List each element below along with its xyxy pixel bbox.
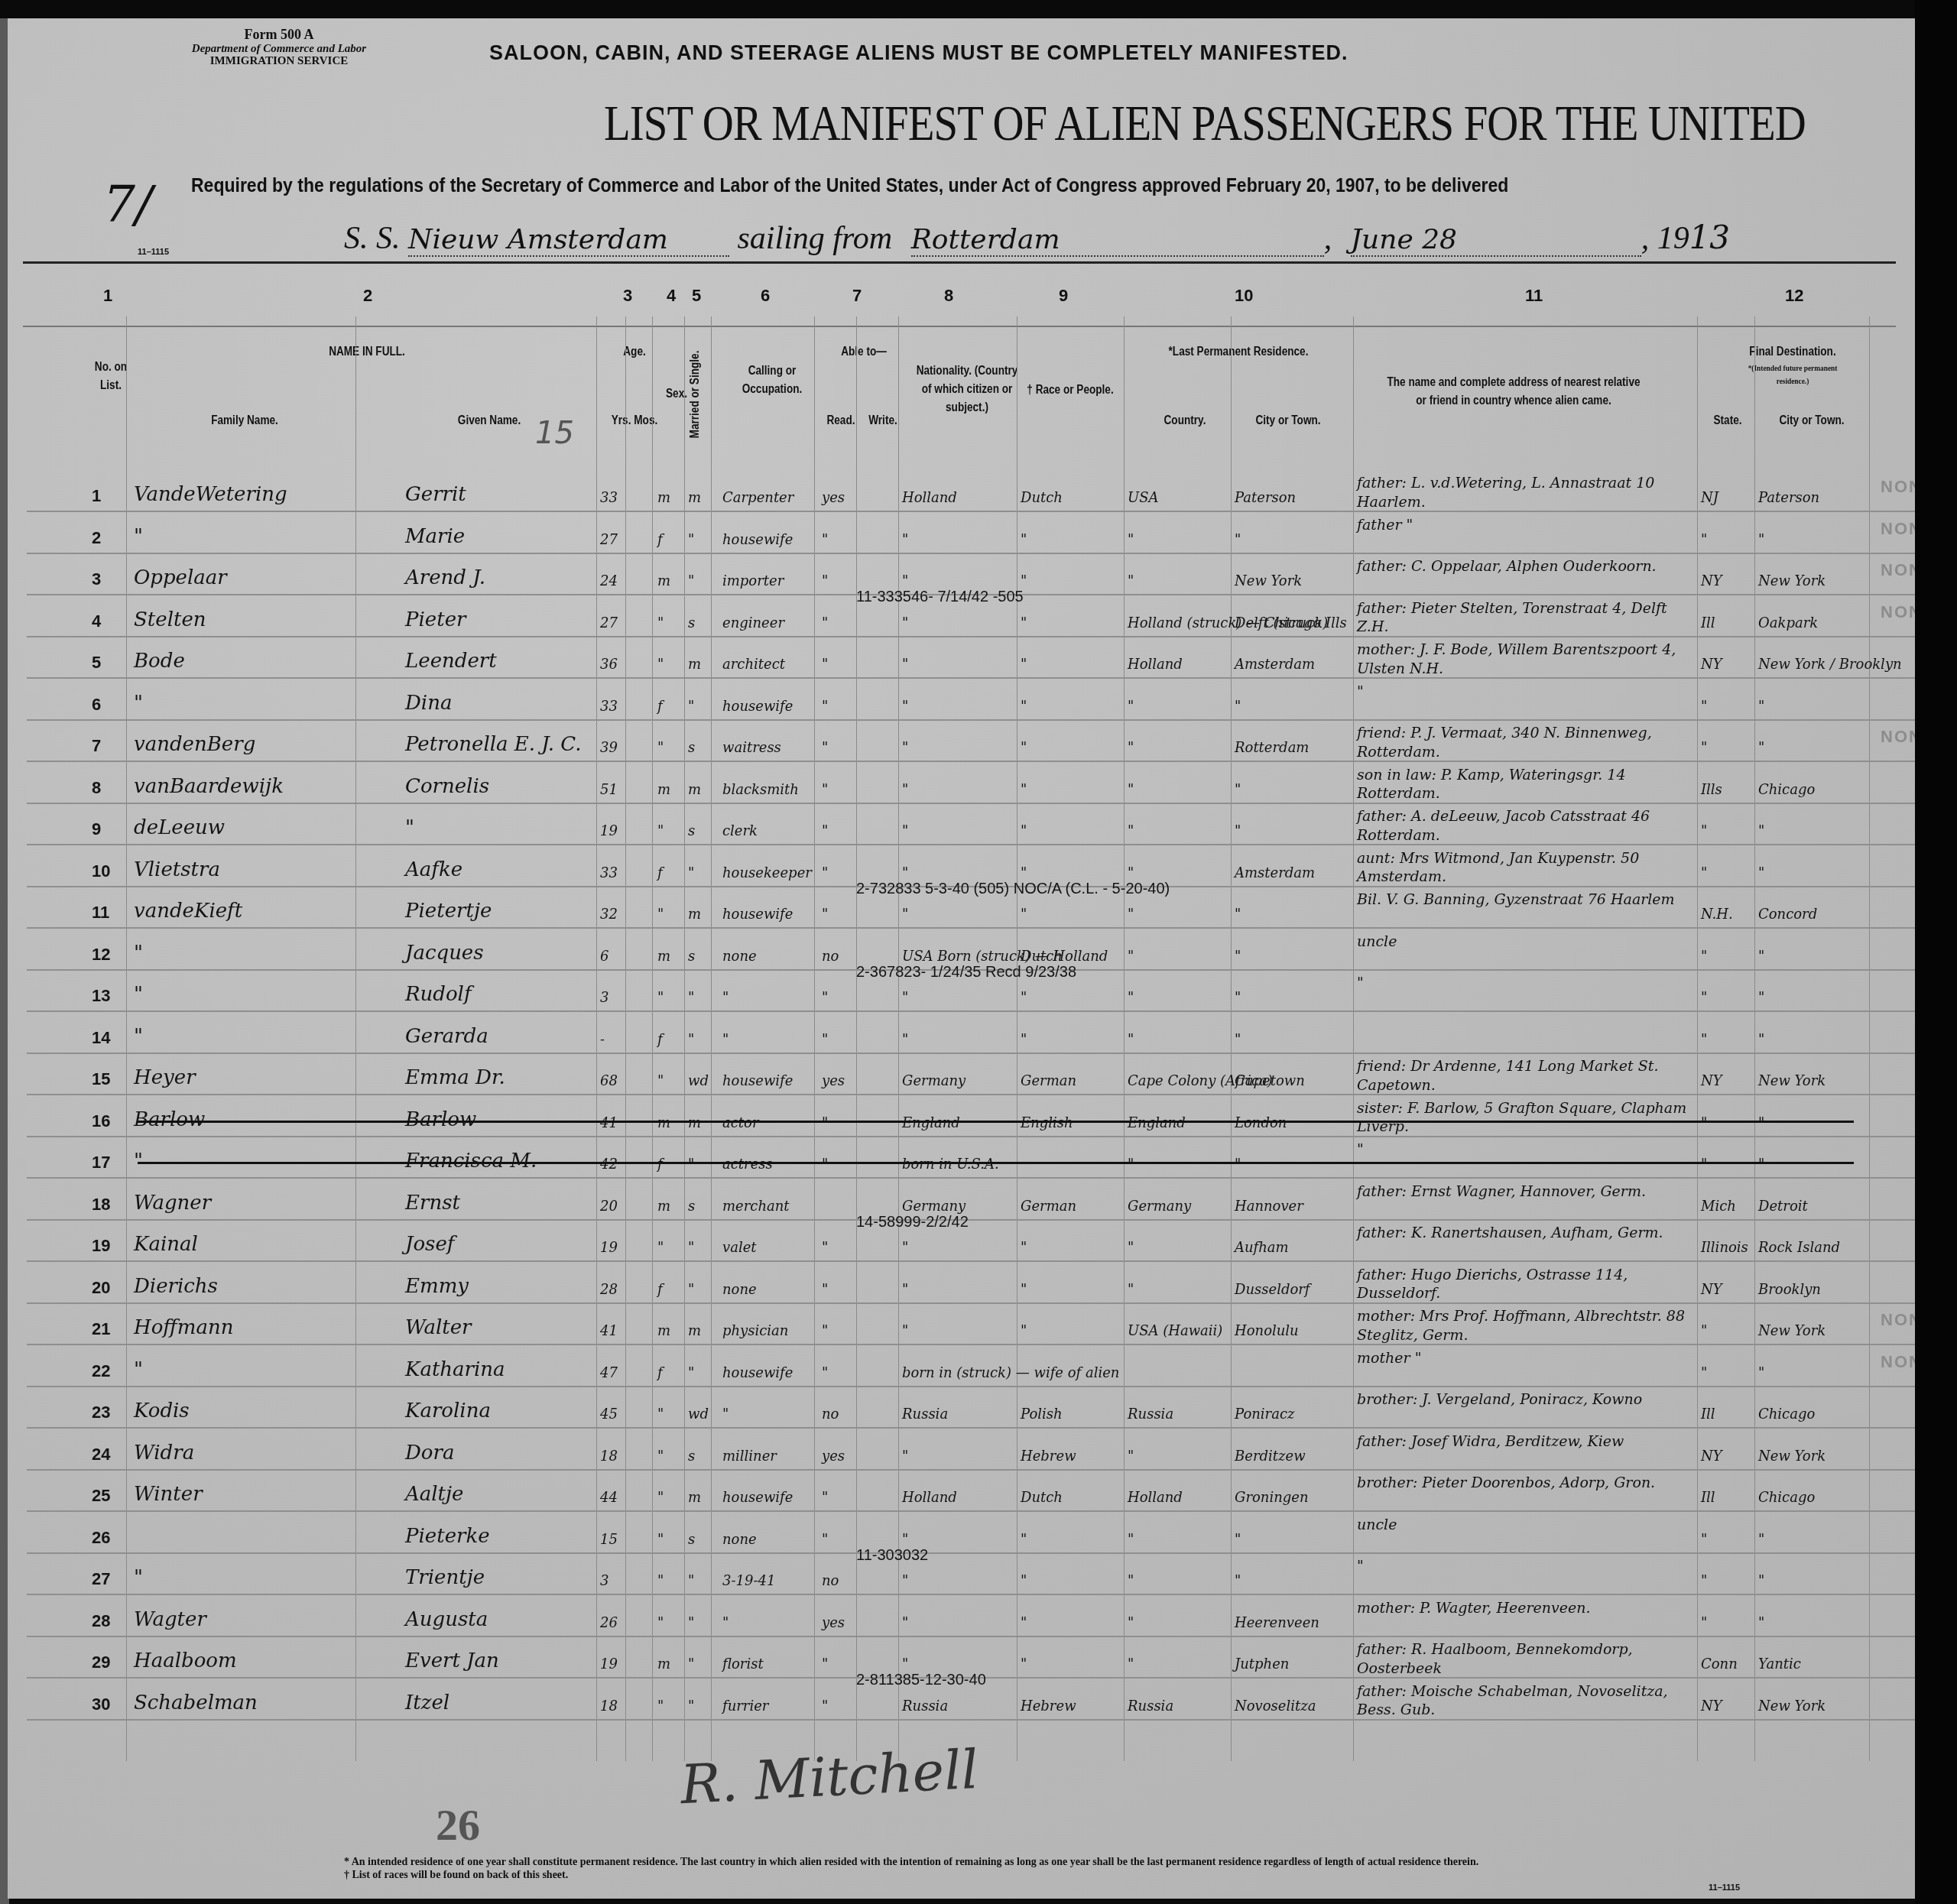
dest-city: Brooklyn	[1758, 1282, 1821, 1298]
marital-status: "	[688, 1240, 694, 1256]
family-name: Kodis	[134, 1400, 190, 1422]
nationality: "	[902, 1573, 908, 1589]
race: "	[1021, 1615, 1027, 1631]
last-country: "	[1128, 1156, 1134, 1173]
last-country: Holland	[1128, 1490, 1183, 1506]
last-city: "	[1235, 823, 1241, 839]
dest-state: "	[1701, 1032, 1707, 1048]
family-name: Barlow	[134, 1108, 205, 1131]
row-number: 30	[92, 1695, 110, 1714]
sex: "	[657, 907, 664, 923]
dest-city: "	[1758, 1365, 1764, 1381]
occupation: clerk	[722, 823, 758, 839]
race: English	[1021, 1115, 1073, 1131]
given-name: Trientje	[405, 1566, 485, 1589]
race: Polish	[1021, 1406, 1063, 1422]
sex: m	[657, 1115, 670, 1131]
last-city: "	[1235, 532, 1241, 548]
dest-state: Illinois	[1701, 1240, 1748, 1256]
last-city: Groningen	[1235, 1490, 1309, 1506]
age: -	[600, 1032, 605, 1048]
given-name: Dina	[405, 692, 452, 715]
table-row: 13"Rudolf3"""""""""""	[8, 969, 1915, 1010]
header-city: City or Town.	[1246, 412, 1331, 430]
sex: m	[657, 1199, 670, 1215]
age: 39	[600, 740, 618, 756]
family-name: Hoffmann	[134, 1316, 233, 1339]
age: 28	[600, 1282, 618, 1298]
race: "	[1021, 907, 1027, 923]
last-city: Poniracz	[1235, 1406, 1294, 1422]
table-row: 29HaalboomEvert Jan19m"florist""""Jutphe…	[8, 1636, 1915, 1677]
nearest-relative: "	[1357, 1140, 1693, 1160]
nearest-relative: father "	[1357, 516, 1693, 535]
given-name: Augusta	[405, 1608, 488, 1631]
table-row: 18WagnerErnst20msmerchantGermanyGermanGe…	[8, 1178, 1915, 1219]
table-row: 10VlietstraAafke33f"housekeeper""""Amste…	[8, 845, 1915, 886]
year-suffix: 13	[1689, 219, 1730, 256]
requirement-text: Required by the regulations of the Secre…	[191, 175, 1508, 197]
sub-id: 11–1115	[138, 248, 169, 257]
given-name: Evert Jan	[405, 1649, 499, 1672]
header-write: Write.	[864, 412, 903, 430]
age: 45	[600, 1406, 618, 1422]
sailing-from-label: sailing from	[738, 221, 893, 256]
given-name: Pieterke	[405, 1525, 490, 1548]
dest-city: "	[1758, 1573, 1764, 1589]
table-row: 12"Jacques6msnonenoUSA Born (struck) — H…	[8, 928, 1915, 969]
col-num: 8	[944, 286, 953, 306]
nationality: USA Born (struck) — Holland	[902, 949, 1108, 965]
dest-state: Ill	[1701, 1490, 1715, 1506]
nearest-relative: father: Moische Schabelman, Novoselitza,…	[1357, 1682, 1693, 1720]
race: "	[1021, 615, 1027, 631]
given-name: Petronella E. J. C.	[405, 733, 581, 756]
family-name: "	[134, 1566, 143, 1589]
family-name: "	[134, 525, 143, 548]
row-number: 9	[92, 819, 101, 839]
marital-status: s	[688, 615, 695, 631]
last-city: Amsterdam	[1235, 865, 1315, 881]
read: "	[822, 1323, 828, 1339]
family-name: "	[134, 692, 143, 715]
nearest-relative: friend: P. J. Vermaat, 340 N. Binnenweg,…	[1357, 724, 1693, 761]
age: 51	[600, 782, 618, 798]
nationality: born in (struck) — wife of alien	[902, 1365, 1119, 1381]
nationality: Germany	[902, 1199, 966, 1215]
table-row: 28WagterAugusta26"""yes"""Heerenveen""mo…	[8, 1594, 1915, 1636]
occupation: blacksmith	[722, 782, 799, 798]
nationality: "	[902, 782, 908, 798]
given-name: Jacques	[405, 942, 484, 965]
race: German	[1021, 1199, 1076, 1215]
dest-state: "	[1701, 865, 1707, 881]
table-row: 15HeyerEmma Dr.68"wdhousewifeyesGermanyG…	[8, 1053, 1915, 1094]
header-name-in-full: NAME IN FULL.	[276, 343, 458, 362]
table-row: 7vandenBergPetronella E. J. C.39"swaitre…	[8, 719, 1915, 761]
dest-city: Rock Island	[1758, 1240, 1840, 1256]
race: "	[1021, 699, 1027, 715]
sex: "	[657, 823, 664, 839]
dest-city: Paterson	[1758, 490, 1819, 506]
marital-status: s	[688, 1199, 695, 1215]
marital-status: "	[688, 699, 694, 715]
col-num: 10	[1235, 286, 1253, 306]
occupation: housewife	[722, 1490, 793, 1506]
age: 33	[600, 865, 618, 881]
port-of-departure: Rotterdam	[911, 224, 1324, 257]
marital-status: m	[688, 782, 701, 798]
marital-status: wd	[688, 1406, 709, 1422]
row-number: 27	[92, 1569, 110, 1589]
dest-state: "	[1701, 532, 1707, 548]
header-read: Read.	[822, 412, 861, 430]
marital-status: "	[688, 1615, 694, 1631]
last-city: Amsterdam	[1235, 657, 1315, 673]
family-name: vandeKieft	[134, 900, 242, 923]
read: "	[822, 699, 828, 715]
nearest-relative: father: K. Ranertshausen, Aufham, Germ.	[1357, 1224, 1693, 1243]
banner: SALOON, CABIN, AND STEERAGE ALIENS MUST …	[489, 41, 1348, 65]
given-name: Josef	[405, 1233, 454, 1256]
page-mark: 7/	[103, 175, 152, 234]
dest-city: New York	[1758, 1073, 1826, 1089]
header-country: Country.	[1153, 412, 1218, 430]
marital-status: s	[688, 1448, 695, 1464]
row-number: 24	[92, 1445, 110, 1464]
nearest-relative: father: A. deLeeuw, Jacob Catsstraat 46 …	[1357, 807, 1693, 845]
last-country: "	[1128, 990, 1134, 1006]
nearest-relative: brother: J. Vergeland, Poniracz, Kowno	[1357, 1390, 1693, 1409]
given-name: Katharina	[405, 1358, 505, 1381]
family-name: Winter	[134, 1483, 203, 1506]
family-name: Wagter	[134, 1608, 206, 1631]
marital-status: s	[688, 823, 695, 839]
age: 19	[600, 823, 618, 839]
age: 20	[600, 1199, 618, 1215]
col-num: 12	[1785, 286, 1803, 306]
sex: "	[657, 990, 664, 1006]
given-name: Walter	[405, 1316, 472, 1339]
dest-city: New York	[1758, 573, 1826, 589]
nationality: Russia	[902, 1406, 948, 1422]
read: yes	[822, 1448, 845, 1464]
dest-state: NJ	[1701, 490, 1718, 506]
last-country: "	[1128, 1032, 1134, 1048]
given-name: Itzel	[405, 1692, 449, 1714]
read: no	[822, 1573, 839, 1589]
nationality: Holland	[902, 490, 957, 506]
sex: m	[657, 1323, 670, 1339]
read: "	[822, 823, 828, 839]
dest-state: "	[1701, 1532, 1707, 1548]
nationality: born in U.S.A.	[902, 1156, 999, 1173]
dest-city: New York	[1758, 1323, 1826, 1339]
race: Dutch	[1021, 490, 1063, 506]
col-num: 3	[623, 286, 632, 306]
nearest-relative: uncle	[1357, 933, 1693, 952]
given-name: Francisca M.	[405, 1150, 537, 1173]
race: "	[1021, 1573, 1027, 1589]
last-country: "	[1128, 907, 1134, 923]
marital-status: "	[688, 532, 694, 548]
last-country: Holland	[1128, 657, 1183, 673]
col-num: 2	[363, 286, 372, 306]
last-country: "	[1128, 532, 1134, 548]
sex: m	[657, 782, 670, 798]
header-sex: Sex.	[664, 385, 690, 404]
nationality: "	[902, 1032, 908, 1048]
last-country: "	[1128, 699, 1134, 715]
read: "	[822, 1240, 828, 1256]
table-row: 25WinterAaltje44"mhousewife"HollandDutch…	[8, 1469, 1915, 1510]
table-row: 8vanBaardewijkCornelis51mmblacksmith""""…	[8, 761, 1915, 803]
family-name: VandeWetering	[134, 483, 287, 506]
sex: m	[657, 1656, 670, 1672]
sheet-number-stamp: 26	[436, 1799, 480, 1850]
dest-state: "	[1701, 1365, 1707, 1381]
table-row: 16BarlowBarlow41mmactor"EnglandEnglishEn…	[8, 1095, 1915, 1136]
family-name: "	[134, 942, 143, 965]
film-edge-right	[1915, 0, 1957, 1904]
row-number: 23	[92, 1403, 110, 1422]
nearest-relative: mother: P. Wagter, Heerenveen.	[1357, 1599, 1693, 1618]
nationality: Russia	[902, 1698, 948, 1714]
sex: "	[657, 615, 664, 631]
occupation: engineer	[722, 615, 784, 631]
last-country: "	[1128, 1240, 1134, 1256]
divider	[23, 326, 1896, 327]
dest-state: NY	[1701, 1282, 1722, 1298]
dest-state: Conn	[1701, 1656, 1738, 1672]
occupation: florist	[722, 1656, 764, 1672]
dest-state: "	[1701, 740, 1707, 756]
age: 18	[600, 1698, 618, 1714]
col-num: 5	[692, 286, 701, 306]
nationality: "	[902, 865, 908, 881]
nationality: "	[902, 699, 908, 715]
marital-status: m	[688, 1490, 701, 1506]
ship-prefix: S. S.	[344, 221, 401, 256]
nationality: "	[902, 1615, 908, 1631]
occupation: waitress	[722, 740, 781, 756]
sex: m	[657, 490, 670, 506]
age: 6	[600, 949, 609, 965]
nationality: "	[902, 1448, 908, 1464]
dest-city: Yantic	[1758, 1656, 1801, 1672]
table-row: 2"Marie27f"housewife"""""""father "NON I…	[8, 511, 1915, 553]
table-row: 21HoffmannWalter41mmphysician"""USA (Haw…	[8, 1302, 1915, 1344]
table-row: 17"Francisca M.42f"actress"born in U.S.A…	[8, 1136, 1915, 1177]
age: 41	[600, 1115, 618, 1131]
age: 33	[600, 699, 618, 715]
age: 3	[600, 1573, 609, 1589]
nationality: "	[902, 907, 908, 923]
dest-city: "	[1758, 1532, 1764, 1548]
nationality: "	[902, 615, 908, 631]
dest-city: "	[1758, 1115, 1764, 1131]
sex: m	[657, 573, 670, 589]
race: "	[1021, 657, 1027, 673]
last-country: "	[1128, 740, 1134, 756]
age: 24	[600, 573, 618, 589]
family-name: Bode	[134, 650, 185, 673]
dest-city: "	[1758, 949, 1764, 965]
family-name: "	[134, 1025, 143, 1048]
table-row: 9deLeeuw"19"sclerk"""""""father: A. deLe…	[8, 803, 1915, 844]
header-family-name: Family Name.	[187, 412, 303, 430]
age: 3	[600, 990, 609, 1006]
header-dest-city: City or Town.	[1767, 412, 1858, 430]
dest-city: Detroit	[1758, 1199, 1808, 1215]
age: 68	[600, 1073, 618, 1089]
occupation: importer	[722, 573, 784, 589]
ship-name: Nieuw Amsterdam	[408, 224, 729, 257]
header-calling: Calling or Occupation.	[740, 362, 805, 399]
header-last-residence: *Last Permanent Residence.	[1154, 343, 1323, 362]
nationality: "	[902, 573, 908, 589]
row-number: 5	[92, 653, 101, 673]
occupation: none	[722, 1282, 757, 1298]
occupation: physician	[722, 1323, 788, 1339]
sex: "	[657, 1490, 664, 1506]
nationality: "	[902, 823, 908, 839]
last-city: "	[1235, 1032, 1241, 1048]
dest-city: "	[1758, 1032, 1764, 1048]
last-city: Novoselitza	[1235, 1698, 1316, 1714]
race: "	[1021, 1323, 1027, 1339]
dest-city: "	[1758, 740, 1764, 756]
dest-state: Ill	[1701, 1406, 1715, 1422]
row-number: 4	[92, 611, 101, 631]
marital-status: s	[688, 740, 695, 756]
dest-state: "	[1701, 1115, 1707, 1131]
race: "	[1021, 823, 1027, 839]
marital-status: m	[688, 1323, 701, 1339]
row-number: 8	[92, 778, 101, 798]
last-city: "	[1235, 1532, 1241, 1548]
col-num: 4	[667, 286, 676, 306]
dest-city: Chicago	[1758, 1490, 1815, 1506]
nearest-relative: aunt: Mrs Witmond, Jan Kuypenstr. 50 Ams…	[1357, 849, 1693, 887]
nearest-relative: friend: Dr Ardenne, 141 Long Market St. …	[1357, 1057, 1693, 1095]
nationality: Germany	[902, 1073, 966, 1089]
family-name: Kainal	[134, 1233, 198, 1256]
family-name: Stelten	[134, 608, 206, 631]
read: no	[822, 949, 839, 965]
age: 47	[600, 1365, 618, 1381]
nearest-relative: son in law: P. Kamp, Wateringsgr. 14 Rot…	[1357, 766, 1693, 803]
footer-form-code: 11–1115	[1709, 1883, 1740, 1893]
header-final-destination-note: *(Intended future permanent residence.)	[1731, 362, 1855, 388]
dest-city: Oakpark	[1758, 615, 1818, 631]
last-city: "	[1235, 990, 1241, 1006]
col-num: 7	[852, 286, 862, 306]
read: "	[822, 1032, 828, 1048]
nearest-relative: mother: J. F. Bode, Willem Barentszpoort…	[1357, 641, 1693, 678]
dest-state: NY	[1701, 1073, 1722, 1089]
row-number: 10	[92, 861, 110, 881]
table-row: 11vandeKieftPietertje32"mhousewife"""""N…	[8, 886, 1915, 927]
row-number: 29	[92, 1653, 110, 1672]
family-name: Wagner	[134, 1192, 211, 1215]
column-numbers: 1 2 3 4 5 6 7 8 9 10 11 12	[8, 286, 1915, 316]
read: "	[822, 1282, 828, 1298]
dest-state: NY	[1701, 573, 1722, 589]
occupation: milliner	[722, 1448, 777, 1464]
sex: "	[657, 740, 664, 756]
sex: f	[657, 865, 663, 881]
occupation: "	[722, 990, 729, 1006]
sex: "	[657, 1532, 664, 1548]
last-city: Dusseldorf	[1235, 1282, 1310, 1298]
age: 36	[600, 657, 618, 673]
dest-state: "	[1701, 1323, 1707, 1339]
read: yes	[822, 490, 845, 506]
race: "	[1021, 1032, 1027, 1048]
nearest-relative: "	[1357, 683, 1693, 702]
last-country: Russia	[1128, 1698, 1173, 1714]
col-num: 1	[103, 286, 112, 306]
sex: f	[657, 699, 663, 715]
nearest-relative: mother: Mrs Prof. Hoffmann, Albrechtstr.…	[1357, 1307, 1693, 1344]
dest-state: N.H.	[1701, 907, 1733, 923]
header-state: State.	[1702, 412, 1754, 430]
read: "	[822, 573, 828, 589]
family-name: vanBaardewijk	[134, 775, 284, 798]
family-name: Heyer	[134, 1066, 196, 1089]
dest-state: "	[1701, 699, 1707, 715]
given-name: Pieter	[405, 608, 466, 631]
last-country: "	[1128, 865, 1134, 881]
dest-state: Ill	[1701, 615, 1715, 631]
sex: "	[657, 1073, 664, 1089]
occupation: actor	[722, 1115, 759, 1131]
dest-city: "	[1758, 990, 1764, 1006]
family-name: Vlietstra	[134, 858, 220, 881]
last-city: Jutphen	[1235, 1656, 1289, 1672]
nearest-relative: uncle	[1357, 1516, 1693, 1535]
row-number: 21	[92, 1319, 110, 1339]
occupation: "	[722, 1406, 729, 1422]
age: 42	[600, 1156, 618, 1173]
read: "	[822, 532, 828, 548]
occupation: Carpenter	[722, 490, 794, 506]
form-number: Form 500 A	[183, 28, 375, 43]
table-row: 14"Gerarda-f"""""""""	[8, 1011, 1915, 1053]
race: "	[1021, 1532, 1027, 1548]
row-number: 16	[92, 1111, 110, 1131]
table-row: 24WidraDora18"smillineryes"Hebrew"Berdit…	[8, 1428, 1915, 1469]
table-row: 5BodeLeendert36"marchitect"""HollandAmst…	[8, 636, 1915, 677]
given-name: "	[405, 816, 414, 839]
last-city: Capetown	[1235, 1073, 1305, 1089]
dest-city: New York	[1758, 1448, 1826, 1464]
header-yrs-mos: Yrs. Mos.	[602, 412, 667, 430]
form-identifier: Form 500 A Department of Commerce and La…	[183, 28, 375, 68]
nearest-relative: father: Ernst Wagner, Hannover, Germ.	[1357, 1182, 1693, 1202]
family-name: "	[134, 983, 143, 1006]
nearest-relative: father: L. v.d.Wetering, L. Annastraat 1…	[1357, 474, 1693, 511]
year-prefix: 19	[1657, 221, 1689, 256]
last-country: England	[1128, 1115, 1186, 1131]
dest-city: "	[1758, 1156, 1764, 1173]
sex: m	[657, 949, 670, 965]
given-name: Arend J.	[405, 566, 485, 589]
last-city: "	[1235, 907, 1241, 923]
last-city: London	[1235, 1115, 1287, 1131]
footnote-races: † List of races will be found on back of…	[344, 1870, 1478, 1883]
